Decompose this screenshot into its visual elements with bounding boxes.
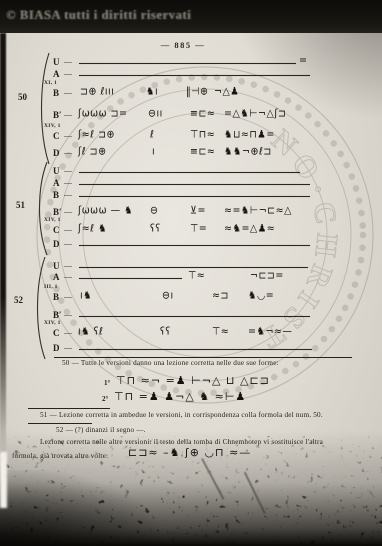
row-label: B [53, 88, 59, 98]
row-source-ref: XIV, 1 [44, 217, 61, 223]
row-dash: — [64, 239, 72, 248]
hieroglyph-cluster: ⊖ [150, 206, 158, 216]
hieroglyph-cluster: ı [152, 147, 155, 157]
row-rule [79, 267, 308, 268]
row-dash: — [64, 57, 72, 66]
copyright-watermark-text: © BIASA tutti i diritti riservati [6, 8, 191, 23]
row-source-ref: XI, 1 [44, 80, 57, 86]
row-label: U [53, 261, 60, 271]
row-dash: — [64, 272, 72, 281]
row-rule [79, 278, 182, 279]
row-label: B [53, 190, 59, 200]
row-dash: — [64, 88, 72, 97]
hieroglyph-cluster: ʃ≈ℓ ⊐⊕ [78, 130, 115, 140]
hieroglyph-cluster: ⊤= [190, 224, 207, 234]
row-dash: — [64, 292, 72, 301]
row-dash: — [64, 178, 72, 187]
row-source-ref: XIV, 1 [44, 320, 61, 326]
row-label: D [53, 239, 60, 249]
hieroglyph-cluster: ʕʕ [150, 224, 161, 234]
footnote-51-rule [28, 408, 110, 409]
hieroglyph-cluster: ʃℓ ⊐⊕ [78, 147, 107, 157]
row-source-ref: XIV, 1 [44, 123, 61, 129]
hieroglyph-cluster: ʃωωω ⊐= [78, 109, 128, 119]
hieroglyph-cluster: ℓ [150, 130, 154, 140]
hieroglyph-cluster: ♞⊔≈⊓♟= [224, 130, 275, 140]
row-source-ref: III, 1 [44, 284, 58, 290]
row-label: D [53, 343, 60, 353]
row-rule [79, 196, 310, 197]
hieroglyph-cluster: ⊖ıı [148, 109, 163, 119]
row-dash: — [64, 190, 72, 199]
footnote-50-form1-glyphs: ⊤⊓ ≈¬ =♟ ⊢¬△ ⊔ △⊏⊐ [116, 375, 270, 386]
row-label: A [53, 69, 60, 79]
scan-bottom-left-corner [0, 470, 160, 546]
group-number: 51 [16, 200, 25, 210]
group-number: 52 [14, 295, 23, 305]
row-dash: — [64, 166, 72, 175]
row-dash: — [64, 328, 72, 337]
hieroglyph-cluster: ♞♞¬⊕ℓ⊐ [224, 147, 272, 157]
hieroglyph-cluster: ≈♞=△♟≈ [224, 224, 275, 234]
hieroglyph-cluster: ⊐⊕ ℓııı [80, 87, 114, 97]
row-label: U [53, 166, 60, 176]
hieroglyph-cluster: ı♞ ʕℓ [78, 327, 103, 337]
hieroglyph-cluster: ≡⊏≈ [190, 109, 215, 119]
row-label: A [53, 178, 60, 188]
group-number: 50 [18, 92, 27, 102]
hieroglyph-cluster: ≡⊏≈ [190, 147, 215, 157]
group-brace [32, 256, 46, 360]
row-label: C [53, 328, 60, 338]
row-dash: — [64, 207, 72, 216]
hieroglyph-cluster: ♞◡= [248, 291, 274, 301]
row-label: B′ [53, 310, 62, 320]
row-dash: — [64, 310, 72, 319]
group-brace-path [38, 257, 46, 359]
group-brace-path [40, 162, 48, 255]
row-dash: — [64, 343, 72, 352]
footnote-50: 50 — Tutte le versioni danno una lezione… [62, 359, 279, 367]
hieroglyph-cluster: ⊖ı [162, 291, 174, 301]
hieroglyph-cluster: ⊻= [190, 206, 206, 216]
row-label: D [53, 148, 60, 158]
hieroglyph-cluster: =♞¬≈— [248, 327, 292, 337]
row-label: B′ [53, 110, 62, 120]
footnote-50-form2-glyphs: ⊤⊓ =♟ ♟¬△ ♞ ≈⊢♟ [114, 391, 246, 402]
scan-left-white-sliver [0, 452, 7, 508]
row-rule [79, 184, 310, 185]
row-rule [79, 245, 310, 246]
scan-left-dark-edge [0, 33, 6, 457]
row-label: U [53, 57, 60, 67]
row-label: C [53, 225, 60, 235]
hieroglyph-cluster: ⊤≈ [212, 327, 229, 337]
row-dash: — [64, 261, 72, 270]
row-rule [79, 172, 300, 173]
row-dash: — [64, 225, 72, 234]
hieroglyph-cluster: ı♞ [80, 291, 92, 301]
footnote-51: 51 — Lezione corretta in ambedue le vers… [40, 411, 323, 419]
hieroglyph-cluster: ♞ı [146, 87, 158, 97]
footnote-50-form1-label: 1° [104, 379, 110, 387]
hieroglyph-cluster: ‖⊣⊕ [186, 87, 209, 97]
row-rule [79, 316, 310, 317]
footnote-50-form2-label: 2° [102, 395, 108, 403]
footnote-52-rule [28, 423, 92, 424]
row-rule [79, 349, 312, 350]
hieroglyph-cluster: ʃωωω — ♞ [78, 206, 133, 216]
row-label: C [53, 131, 60, 141]
row-label: B [53, 292, 59, 302]
hieroglyph-cluster: ≈=♞⊢¬⊏≈△ [224, 206, 292, 216]
row-dash: — [64, 131, 72, 140]
group-brace [34, 161, 48, 256]
row-label: B′ [53, 207, 62, 217]
hieroglyph-cluster: ⊤≈ [188, 271, 205, 281]
row-dash: — [64, 148, 72, 157]
hieroglyph-cluster: ⊤⊓≈ [190, 130, 215, 140]
hieroglyph-cluster: ʃ≈ℓ ♞ [78, 224, 107, 234]
group-brace-path [42, 53, 50, 164]
row-dash: — [64, 110, 72, 119]
hieroglyph-cluster: ¬⊏⊐= [250, 271, 284, 281]
hieroglyph-cluster: ≈⊐ [212, 291, 229, 301]
scanned-book-page: NO·CHRIST — 885 — 50U—=A—BXI, 1—⊐⊕ ℓııı♞… [0, 0, 382, 546]
row-dash: — [64, 69, 72, 78]
group-brace [36, 52, 50, 165]
row-label: A [53, 272, 60, 282]
hieroglyph-cluster: ʕʕ [160, 327, 171, 337]
